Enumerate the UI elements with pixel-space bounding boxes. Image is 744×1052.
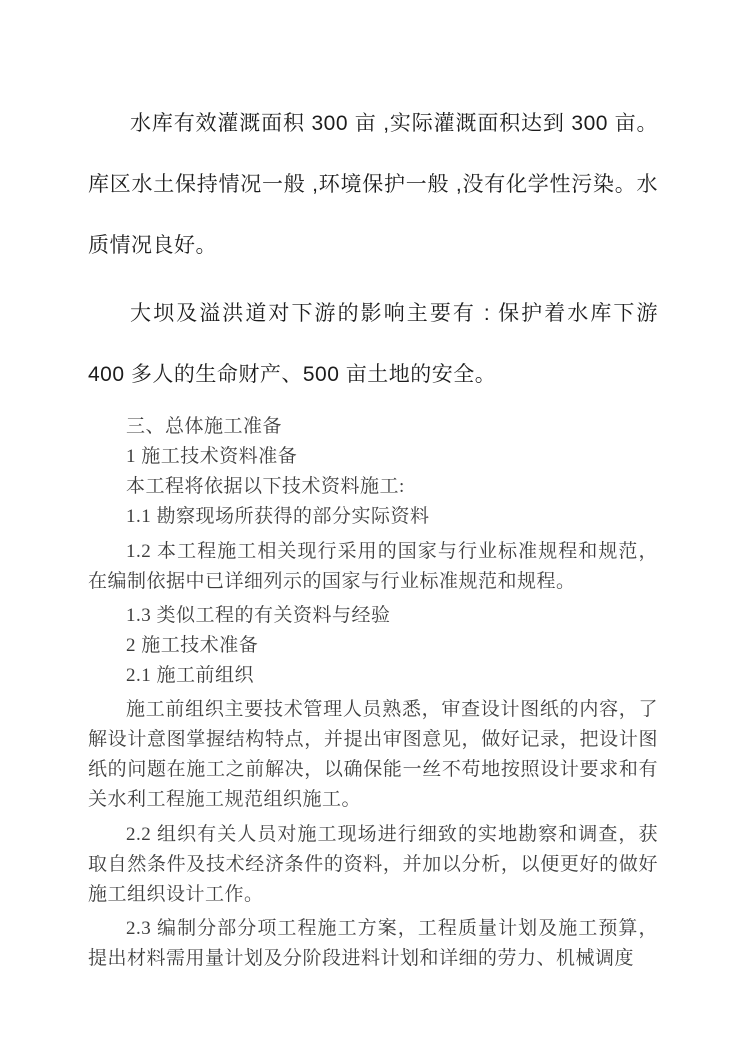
item-2-1-heading-pre-construction-organization: 2.1 施工前组织 (88, 661, 658, 691)
item-1-3-similar-project-experience: 1.3 类似工程的有关资料与经验 (88, 601, 658, 631)
item-2-3-construction-plan-budget: 2.3 编制分部分项工程施工方案，工程质量计划及施工预算，提出材料需用量计划及分… (88, 914, 658, 974)
section-heading-overall-preparation: 三、总体施工准备 (88, 412, 658, 442)
intro-paragraph-downstream-impact: 大坝及溢洪道对下游的影响主要有 : 保护着水库下游 400 多人的生命财产、50… (88, 283, 658, 405)
subsection-heading-technical-preparation: 2 施工技术准备 (88, 631, 658, 661)
construction-preparation-section: 三、总体施工准备 1 施工技术资料准备 本工程将依据以下技术资料施工: 1.1 … (88, 412, 658, 974)
document-page: 水库有效灌溉面积 300 亩 ,实际灌溉面积达到 300 亩。库区水土保持情况一… (0, 0, 744, 1052)
item-2-1-body-drawing-review: 施工前组织主要技术管理人员熟悉，审查设计图纸的内容，了解设计意图掌握结构特点，并… (88, 695, 658, 815)
subsection-heading-technical-data: 1 施工技术资料准备 (88, 442, 658, 472)
item-2-2-site-investigation: 2.2 组织有关人员对施工现场进行细致的实地勘察和调查，获取自然条件及技术经济条… (88, 820, 658, 910)
item-1-1-site-survey-data: 1.1 勘察现场所获得的部分实际资料 (88, 502, 658, 532)
document-content: 水库有效灌溉面积 300 亩 ,实际灌溉面积达到 300 亩。库区水土保持情况一… (88, 93, 658, 974)
item-1-2-standards-codes: 1.2 本工程施工相关现行采用的国家与行业标准规程和规范，在编制依据中已详细列示… (88, 537, 658, 597)
intro-paragraph-irrigation: 水库有效灌溉面积 300 亩 ,实际灌溉面积达到 300 亩。库区水土保持情况一… (88, 93, 658, 276)
technical-data-intro-line: 本工程将依据以下技术资料施工: (88, 472, 658, 502)
